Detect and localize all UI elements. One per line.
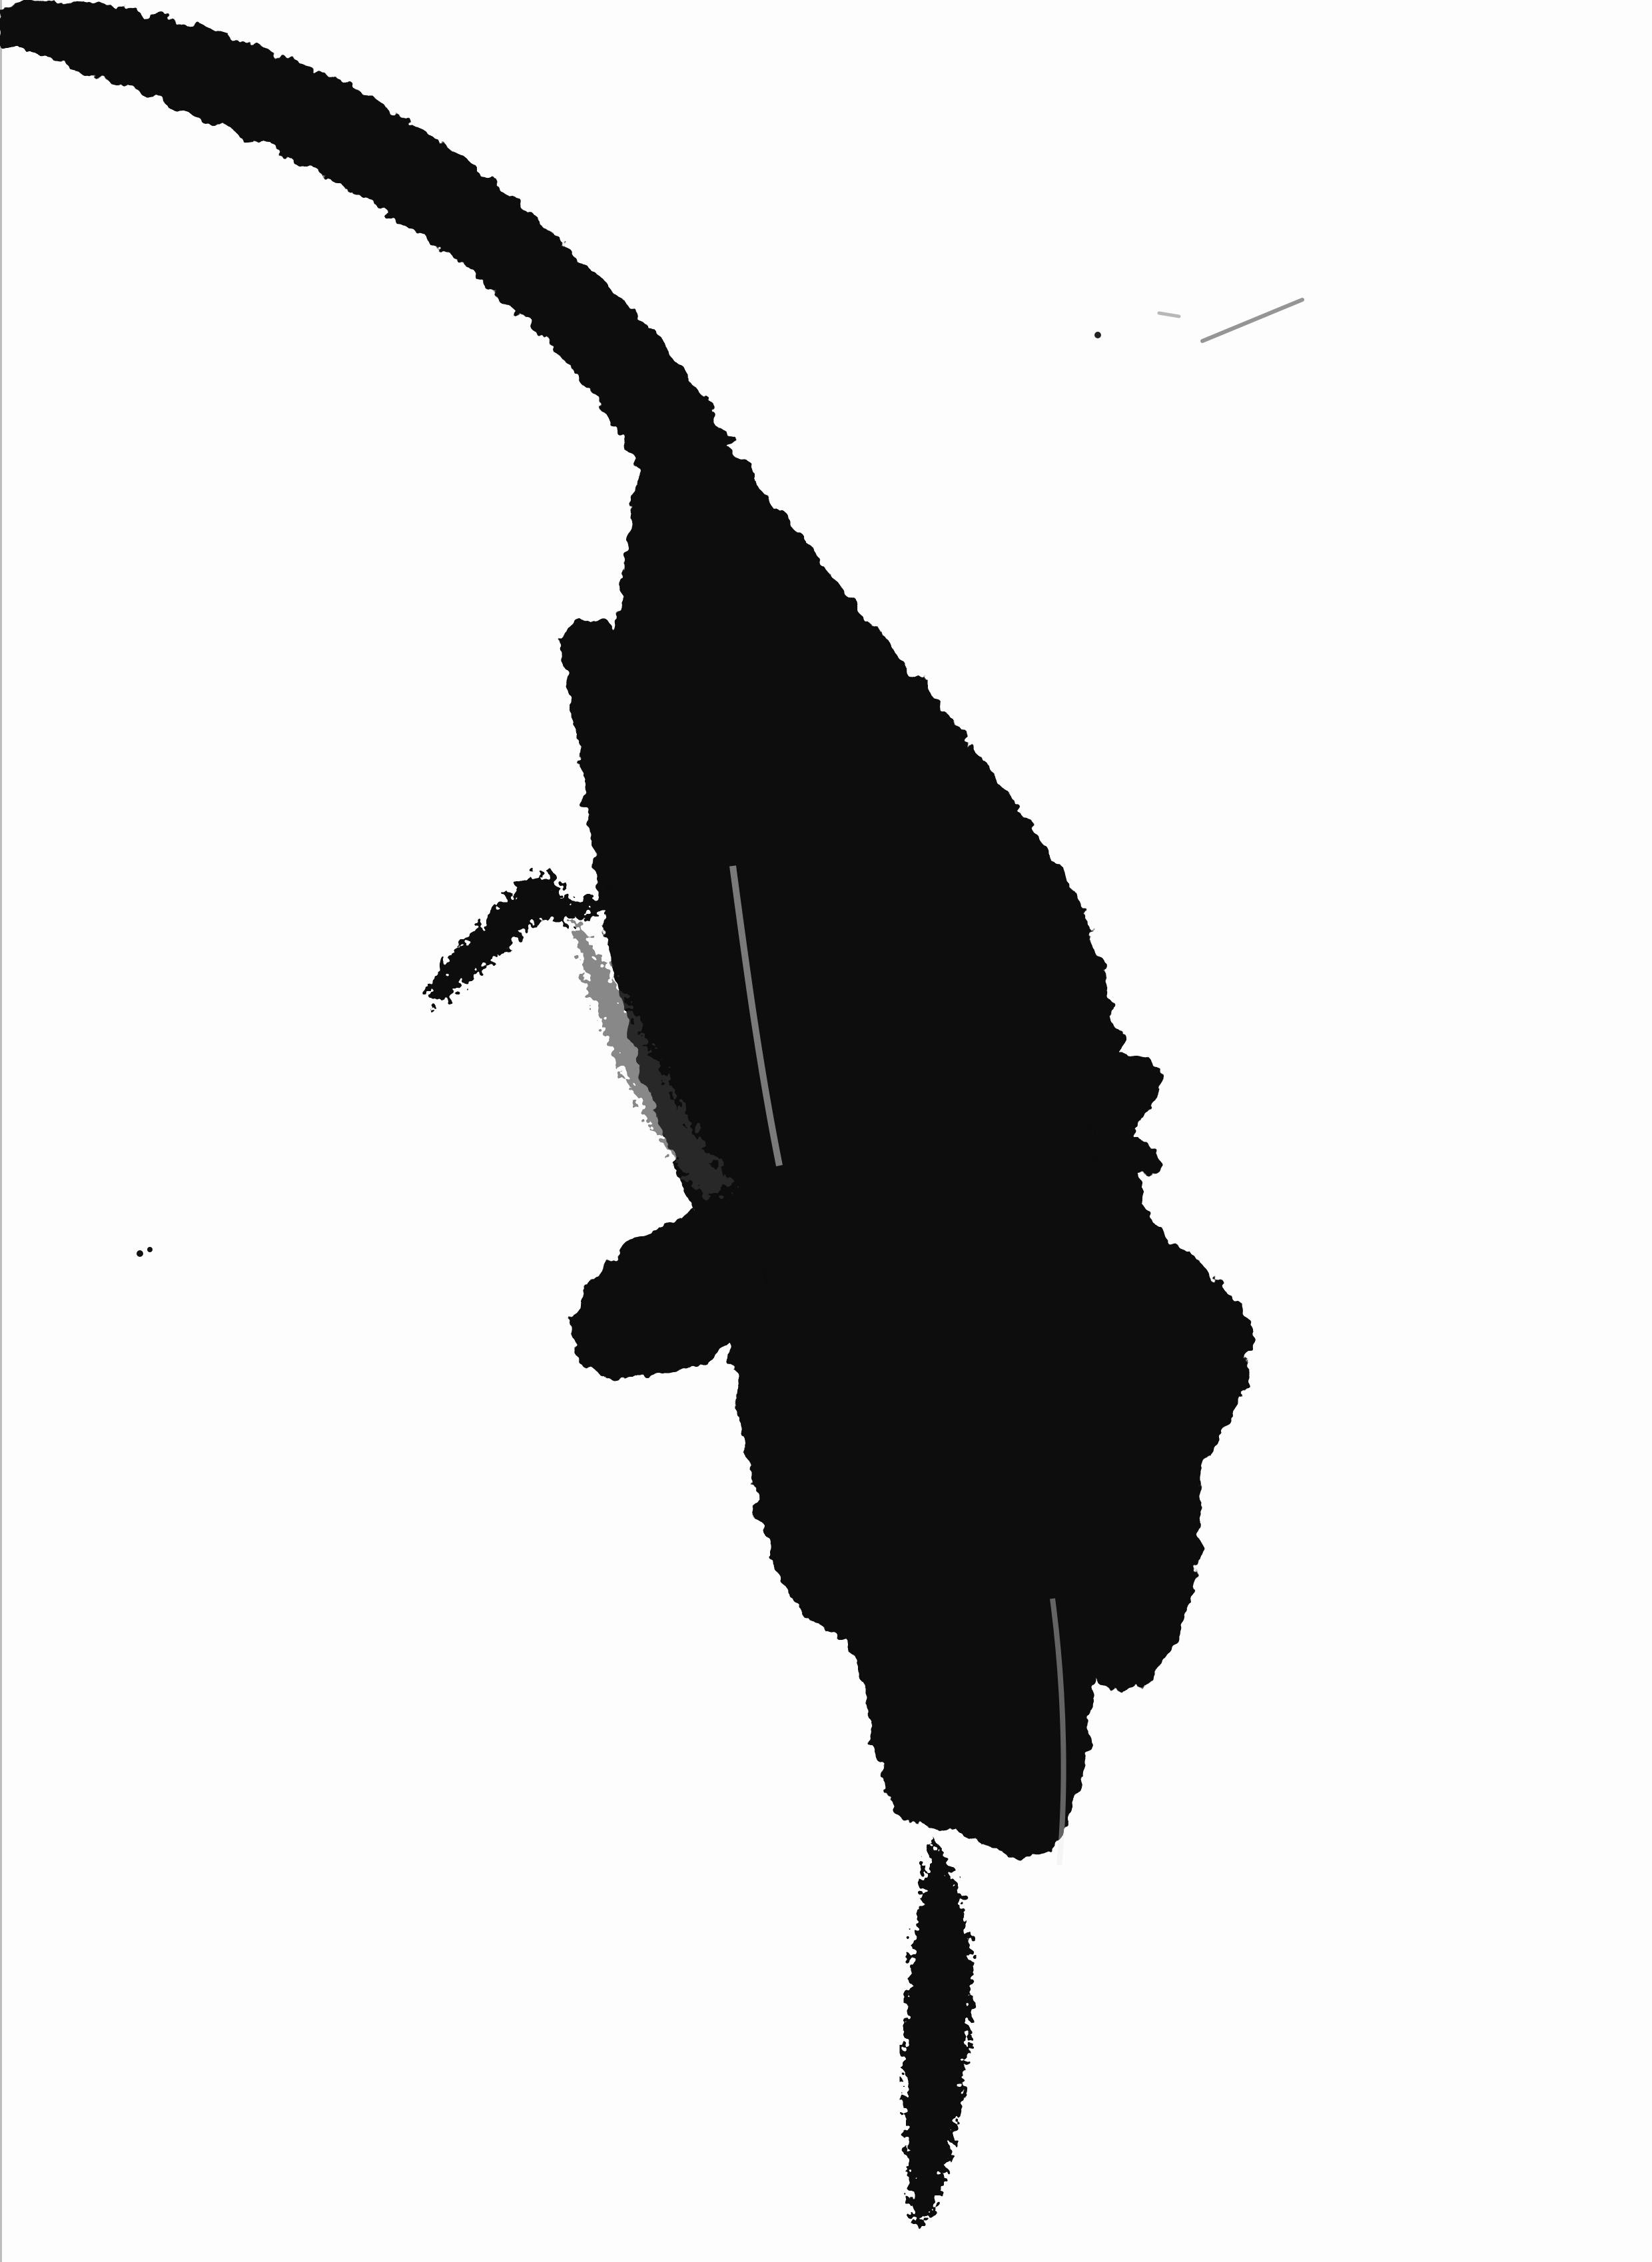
ink-speck: [1094, 332, 1101, 338]
top-arc-stroke: [0, 1, 733, 506]
faint-accent-tick: [1159, 313, 1179, 316]
bottom-tail-stroke: [903, 1838, 973, 2225]
ink-speck: [137, 1250, 143, 1257]
faint-accent-mark: [1202, 300, 1302, 341]
ink-painting: [0, 0, 1652, 2262]
ink-speck: [147, 1247, 153, 1252]
paper-background: [0, 0, 1652, 2262]
